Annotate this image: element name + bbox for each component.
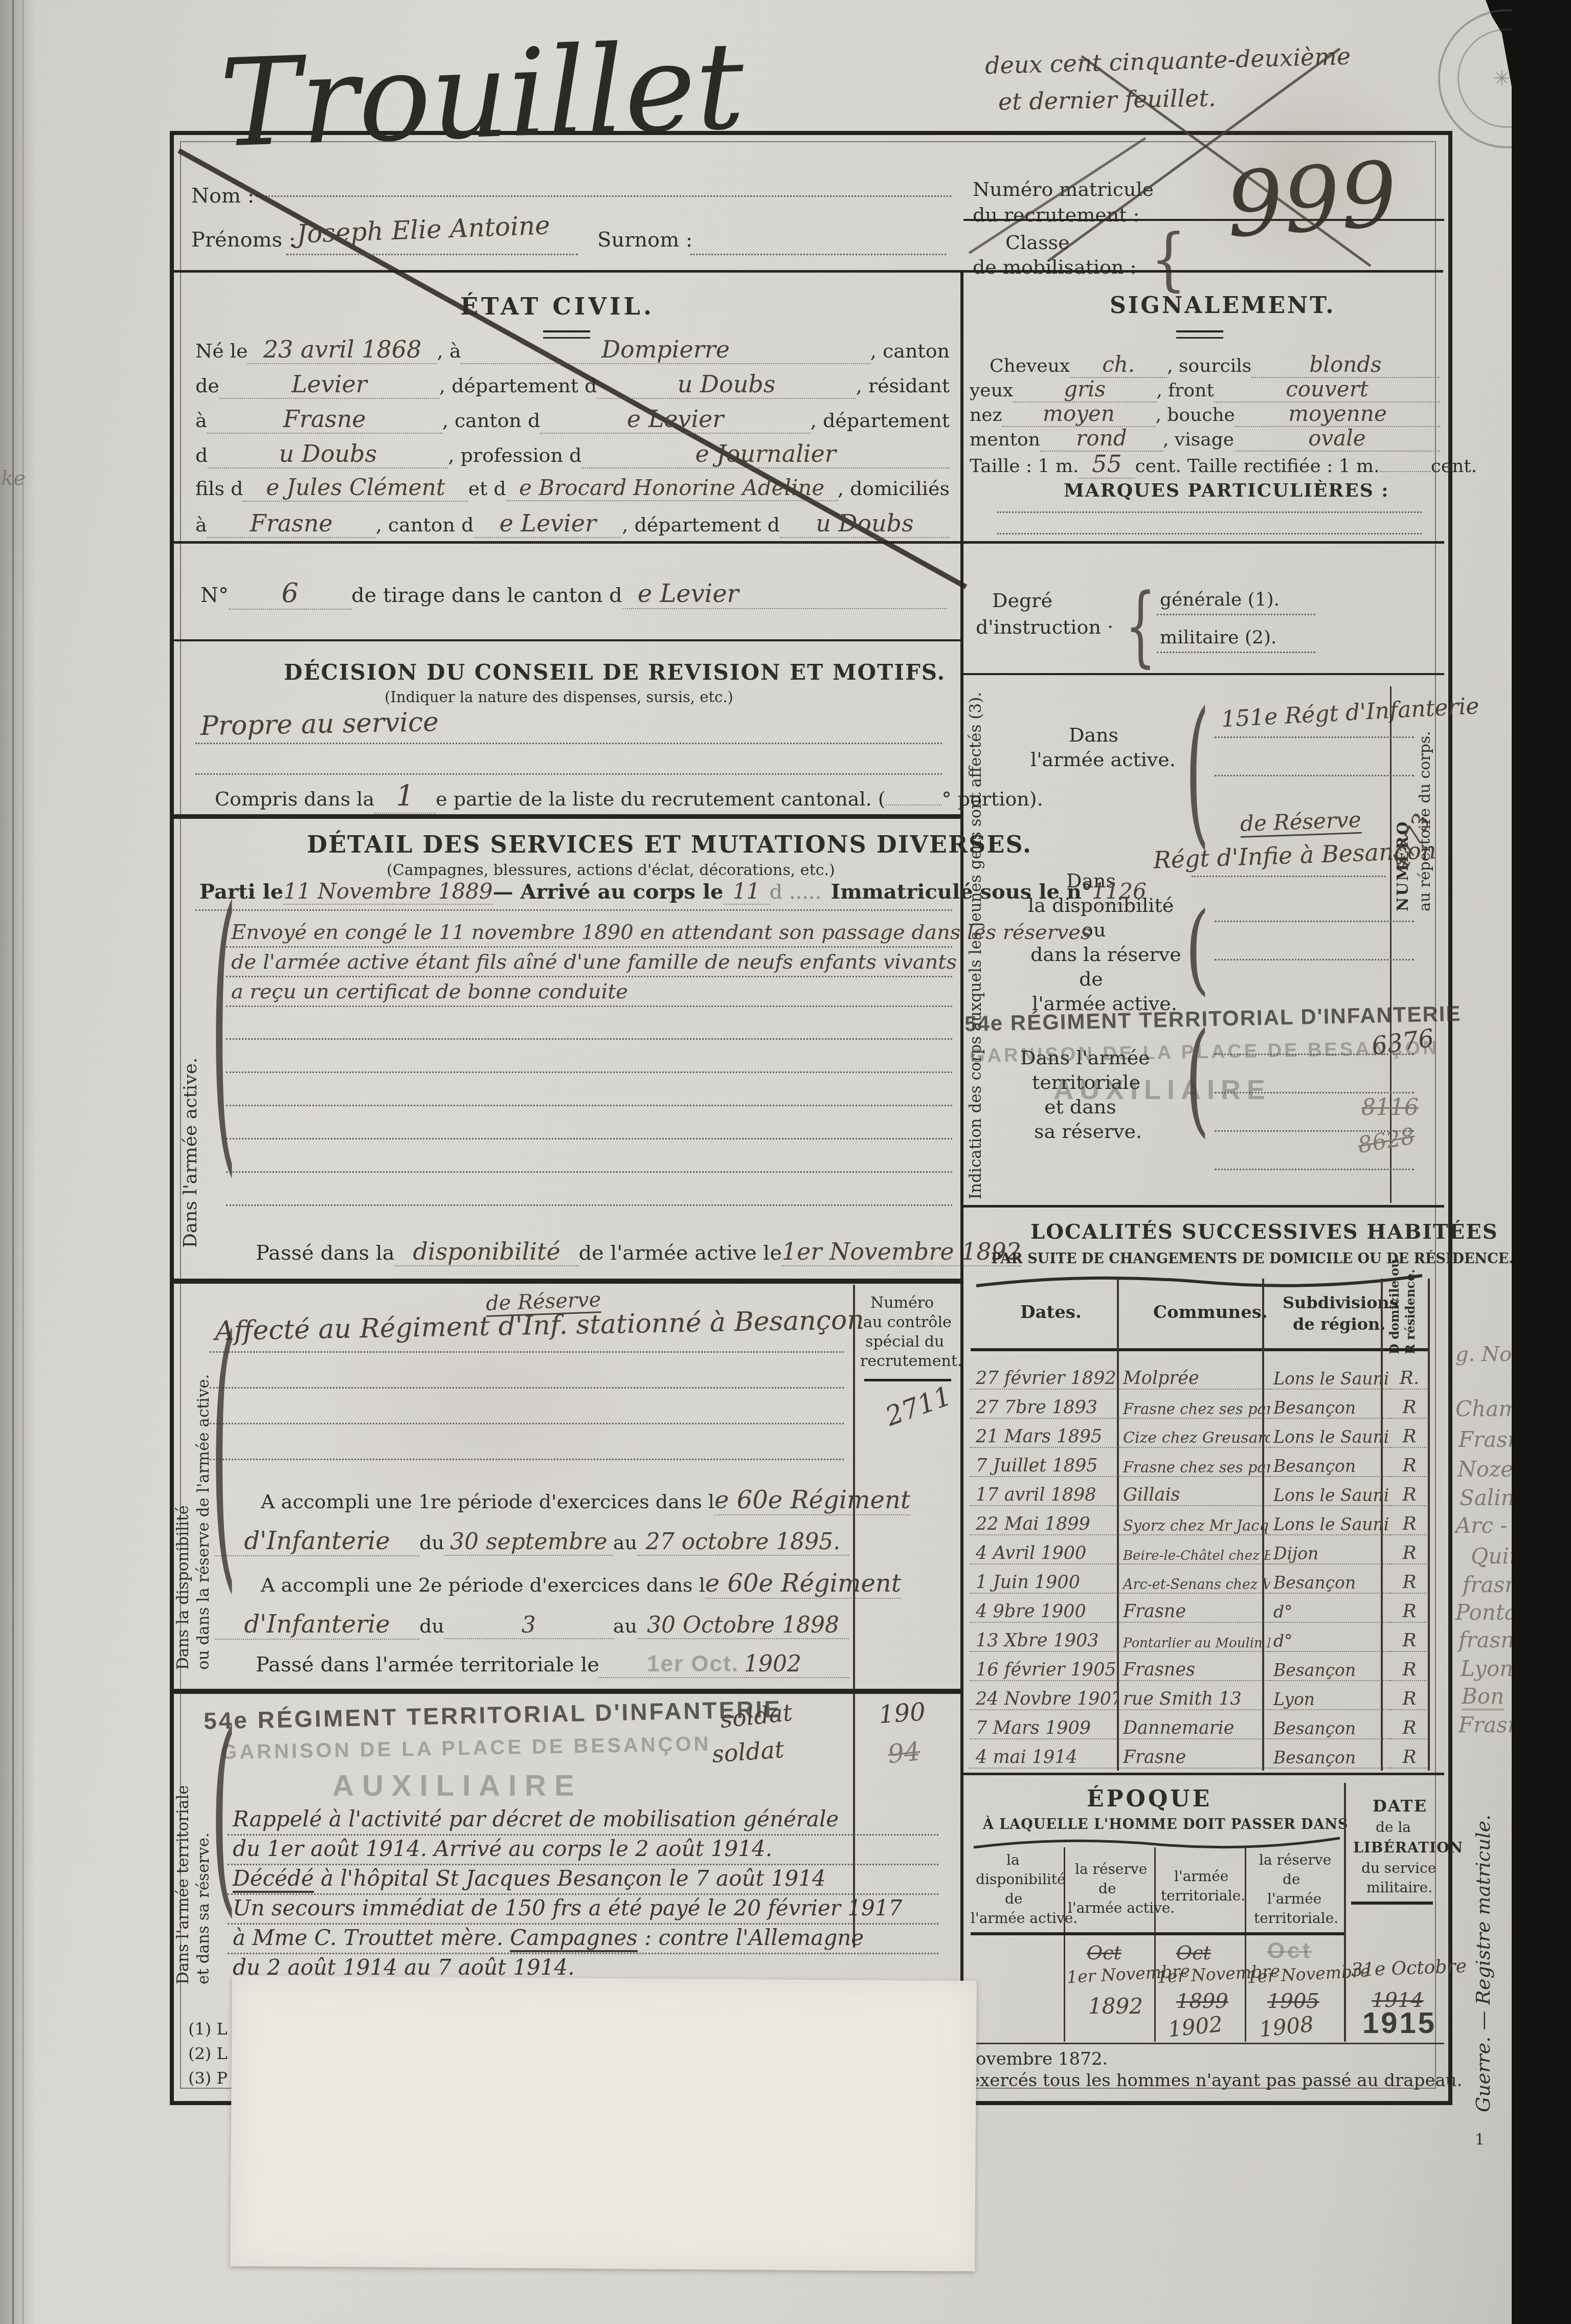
cheveux-label: Cheveux [990, 355, 1070, 376]
services-side-dispo-1: Dans la disponibilité [174, 1302, 192, 1670]
nez-value: moyen [1002, 401, 1155, 427]
epoque-col4-b: de [1283, 1871, 1300, 1888]
arrive-date-value: 11 [724, 879, 770, 905]
epoque-col1-b: disponibilité [976, 1871, 1066, 1888]
portion-blank [886, 805, 942, 806]
degre-brace-icon: { [1125, 583, 1156, 671]
departement-3-value: u Doubs [208, 440, 448, 468]
localites-row: 22 Mai 1899 Syorz chez Mr Jacquet Lons l… [970, 1506, 1430, 1535]
loc-dr: R [1390, 1572, 1429, 1594]
epoque-v3-strike: Oct [1176, 1941, 1211, 1964]
side-caption: Guerre. — Registre matricule. [1472, 1754, 1494, 2112]
conge-line-2: de l'armée active étant fils aîné d'une … [231, 950, 957, 974]
epoque-col1-a: la [1006, 1851, 1020, 1868]
mobilisation-line-5: à Mme C. Trouttet mère. Campagnes : cont… [233, 1925, 864, 1950]
taille-rectifiee-label: cent. Taille rectifiée : 1 m. [1135, 456, 1379, 477]
etat-civil-line-4: d u Doubs , profession d e Journalier [195, 440, 950, 468]
services-side-terr-2: et dans sa réserve. [194, 1708, 213, 1984]
secours-dest: à Mme C. Trouttet mère. [233, 1925, 510, 1950]
loc-date: 7 Mars 1909 [970, 1718, 1119, 1739]
repertoire-divider [1390, 686, 1392, 1203]
etat-civil-bottom-rule [173, 541, 960, 544]
terr-brace-icon: ( [211, 1706, 237, 1918]
numero-tirage-value: 6 [229, 578, 351, 610]
loc-commune: rue Smith 13 [1119, 1689, 1270, 1710]
loc-date: 16 février 1905 [970, 1660, 1119, 1681]
stamp-auxiliaire-left: AUXILIAIRE [332, 1769, 582, 1803]
binding-shadow [0, 0, 36, 2324]
localites-row: 7 Juillet 1895 Frasne chez ses parents B… [970, 1448, 1430, 1477]
degre-bottom-rule [963, 673, 1444, 675]
a-residence-label: à [195, 409, 207, 432]
localites-col-dr-2: R résidence. [1403, 1283, 1418, 1354]
loc-dr: R [1390, 1688, 1429, 1710]
repertoire-label-1: NUMÉRO [1394, 691, 1412, 911]
corps-line-4 [1215, 921, 1414, 922]
pasted-slip [230, 1976, 977, 2271]
signalement-row-2: yeux gris , front couvert [970, 376, 1440, 403]
a-domicile-label: à [195, 513, 207, 536]
epoque-col1-d: l'armée active. [971, 1910, 1078, 1927]
loc-subdiv: Besançon [1270, 1573, 1390, 1594]
services-heavy-rule-2 [173, 1689, 960, 1694]
birthplace-value: Dompierre [461, 336, 870, 364]
marques-line-1 [997, 511, 1422, 513]
epoque-col2-a: la réserve [1075, 1861, 1147, 1878]
corps-line-9 [1215, 1169, 1414, 1170]
epoque-title: ÉPOQUE [1087, 1786, 1212, 1812]
parti-row: Parti le 11 Novembre 1889 — Arrivé au co… [199, 879, 951, 905]
yeux-label: yeux [970, 380, 1013, 401]
loc-dr: R [1390, 1455, 1429, 1477]
passe-date-value: 1er Novembre 1892 [782, 1238, 1021, 1266]
loc-date: 7 Juillet 1895 [970, 1456, 1119, 1477]
bouche-value: moyenne [1235, 401, 1440, 427]
loc-commune: Frasne [1119, 1747, 1270, 1769]
footnote-1: (1) L [188, 2019, 228, 2039]
yeux-value: gris [1013, 376, 1156, 403]
loc-commune: Frasne chez ses parents [1119, 1400, 1270, 1419]
corps-line-6 [1215, 1054, 1414, 1055]
loc-dr: R [1390, 1601, 1429, 1623]
tirage-canton-value: e Levier [622, 579, 947, 609]
profession-label: , profession d [448, 444, 581, 466]
periode2-start-value: 3 [444, 1612, 613, 1639]
controle-label-1: Numéro [870, 1294, 934, 1312]
loc-subdiv: Besançon [1270, 1660, 1390, 1681]
surnom-label: Surnom : [597, 228, 692, 252]
stain [1176, 61, 1432, 276]
passe-label-2: de l'armée active le [579, 1241, 782, 1265]
localites-title: LOCALITÉS SUCCESSIVES HABITÉES [1030, 1220, 1498, 1244]
menton-label: menton [970, 429, 1040, 450]
epoque-brace-ornament-icon [972, 1835, 1342, 1849]
loc-subdiv: Besançon [1270, 1748, 1390, 1769]
localites-row: 4 9bre 1900 Frasne d° R [970, 1594, 1430, 1623]
corps-terr-label-3: et dans [1044, 1096, 1116, 1118]
localites-col-dr: D domicile ou R résidence. [1387, 1283, 1418, 1354]
de-label: de [195, 374, 219, 397]
periode1-du-label: du [419, 1531, 444, 1554]
decision-value: Propre au service [200, 707, 439, 742]
epoque-top-rule [963, 1773, 1444, 1775]
canton-value: Levier [219, 370, 439, 399]
cheveux-value: ch. [1070, 352, 1167, 378]
numero-tirage-label: N° [200, 584, 229, 607]
epoque-col3-b: territoriale. [1161, 1887, 1245, 1904]
corps-line-2 [1215, 775, 1414, 776]
loc-date: 27 7bre 1893 [970, 1397, 1119, 1419]
loc-dr: R [1390, 1397, 1429, 1419]
signalement-taille-row: Taille : 1 m. 55 cent. Taille rectifiée … [970, 450, 1440, 479]
periode2-row-b: d'Infanterie du 3 au 30 Octobre 1898 [215, 1610, 849, 1640]
marques-label: MARQUES PARTICULIÈRES : [1064, 480, 1389, 501]
footnote-fragment-1: ovembre 1872. [976, 2049, 1108, 2069]
bouche-label: , bouche [1155, 405, 1235, 426]
nom-line [256, 195, 951, 197]
d-label: d [195, 444, 208, 466]
localites-header-rule [971, 1348, 1430, 1351]
mobilisation-rule-1 [228, 1834, 938, 1836]
services-title: DÉTAIL DES SERVICES ET MUTATIONS DIVERSE… [307, 831, 1032, 858]
services-blank-3 [226, 1105, 952, 1106]
campagnes-rest: : contre l'Allemagne [638, 1925, 864, 1950]
epoque-date-rule [1351, 1902, 1433, 1905]
taille-label: Taille : 1 m. [970, 456, 1079, 477]
services-side-active: Dans l'armée active. [180, 921, 201, 1248]
conge-rule-3 [226, 1005, 952, 1007]
etat-civil-title: ÉTAT CIVIL. [460, 293, 655, 320]
degre-label-1: Degré [992, 589, 1052, 612]
periode1-end-value: 27 octobre 1895. [637, 1529, 849, 1556]
corps-terr-label-1: Dans l'armée [1020, 1046, 1150, 1069]
corps-line-7 [1215, 1092, 1414, 1093]
loc-commune: Syorz chez Mr Jacquet [1119, 1517, 1270, 1535]
departement-label: , département d [439, 374, 597, 397]
corps-line-8 [1215, 1130, 1414, 1132]
epoque-date-divider [1344, 1783, 1346, 2042]
corps-dispo-brace-icon: ( [1185, 900, 1209, 998]
scan-stage: INTENDANCE MILITAIRE ✳ deux cent cinquan… [0, 0, 1571, 2324]
localites-row: 13 Xbre 1903 Pontarlier au Moulin Maugai… [970, 1623, 1430, 1652]
nez-label: nez [970, 405, 1002, 426]
cent-label: cent. [1431, 456, 1477, 477]
margin-note: Quingey [1471, 1544, 1512, 1569]
profession-value: e Journalier [581, 440, 950, 468]
localites-col-dr-1: D domicile ou [1387, 1283, 1402, 1354]
conge-rule-2 [226, 976, 952, 977]
loc-commune: Frasnes [1119, 1660, 1270, 1681]
localites-row: 1 Juin 1900 Arc-et-Senans chez Vienney B… [970, 1565, 1430, 1594]
margin-note: Salins [1460, 1485, 1512, 1510]
loc-dr: R [1390, 1630, 1429, 1652]
loc-subdiv: Lons le Saunier [1270, 1369, 1390, 1390]
services-blank-4 [226, 1138, 952, 1139]
margin-note: Frasne [1458, 1427, 1512, 1452]
corps-dispo-label-4: dans la réserve [1030, 943, 1181, 966]
conge-line-3: a reçu un certificat de bonne conduite [231, 980, 628, 1003]
loc-date: 17 avril 1898 [970, 1485, 1119, 1506]
decision-title: DÉCISION DU CONSEIL DE REVISION ET MOTIF… [284, 660, 946, 685]
epoque-v5-main: 31e Octobre [1351, 1956, 1467, 1981]
sourcils-value: blonds [1251, 352, 1440, 378]
margin-note: Bon [1462, 1684, 1504, 1710]
periode1-regiment-value: e 60e Régiment [714, 1486, 910, 1515]
compris-value: 1 [374, 779, 436, 814]
services-side-terr: Dans l'armée territoriale et dans sa rés… [174, 1708, 213, 1984]
epoque-date-label-3: LIBÉRATION [1353, 1839, 1463, 1856]
etat-civil-line-5: fils d e Jules Clément et d e Brocard Ho… [195, 475, 950, 502]
periode2-regiment-value: e 60e Régiment [705, 1569, 901, 1599]
decision-line-1 [195, 743, 942, 744]
periode2-du-label: du [419, 1615, 444, 1637]
degre-option-1: générale (1). [1160, 589, 1280, 610]
passe-dispo-value: disponibilité [395, 1238, 579, 1266]
visage-label: , visage [1163, 429, 1234, 450]
repertoire-label-2: au répertoire du corps. [1416, 691, 1434, 911]
passe-label: Passé dans la [256, 1241, 395, 1265]
signalement-row-1: Cheveux ch. , sourcils blonds [990, 352, 1440, 378]
margin-note: frasne [1463, 1572, 1512, 1597]
controle-label-4: recrutement. [860, 1352, 962, 1370]
fils-de-label: fils d [195, 477, 243, 500]
passe-territoriale-row: Passé dans l'armée territoriale le 1er O… [256, 1651, 849, 1678]
taille-value: 55 [1079, 450, 1135, 479]
corps-line-1 [1215, 736, 1414, 738]
sourcils-label: , sourcils [1167, 355, 1251, 376]
etat-civil-line-2: de Levier , département d u Doubs , rési… [195, 370, 950, 399]
ne-le-label: Né le [195, 340, 248, 362]
margin-note: Arc - s/ Tille [1455, 1513, 1512, 1538]
localites-row: 27 février 1892 Molprée Lons le Saunier … [970, 1360, 1430, 1390]
controle-rule [864, 1379, 951, 1381]
dispo-brace-icon: ( [211, 1302, 237, 1594]
loc-dr: R [1390, 1543, 1429, 1565]
arrive-label: — Arrivé au corps le [493, 880, 724, 904]
decision-bottom-rule [173, 814, 960, 819]
mobilisation-rule-2 [228, 1864, 938, 1865]
departement-4-value: u Doubs [780, 509, 950, 538]
decision-line-2 [195, 773, 942, 775]
mobilisation-rule-3 [228, 1893, 938, 1895]
loc-subdiv: Lyon [1270, 1689, 1390, 1710]
loc-date: 1 Juin 1900 [970, 1572, 1119, 1594]
localites-row: 7 Mars 1909 Dannemarie Besançon R [970, 1710, 1430, 1739]
residence-value: Frasne [207, 405, 442, 434]
loc-commune: Cize chez Greusard [1119, 1429, 1270, 1448]
loc-date: 4 mai 1914 [970, 1747, 1119, 1769]
corps-bottom-rule [963, 1205, 1444, 1208]
epoque-date-label-1: DATE [1373, 1796, 1427, 1816]
canton-2-value: e Levier [540, 405, 811, 434]
localites-subtitle: PAR SUITE DE CHANGEMENTS DE DOMICILE OU … [991, 1251, 1512, 1267]
corps-line-3 [1192, 876, 1386, 877]
mobilisation-rule-4 [228, 1923, 938, 1925]
departement-2-label: , département [811, 409, 950, 432]
loc-date: 27 février 1892 [970, 1368, 1119, 1390]
canton-3-value: e Levier [474, 509, 622, 538]
epoque-v4-year-old: 1905 [1267, 1990, 1319, 2013]
epoque-vline-2 [1154, 1847, 1156, 2042]
corps-terr-label-4: sa réserve. [1034, 1120, 1142, 1143]
canton-2-label: , canton d [442, 409, 541, 432]
passe-terr-value-wrap: 1er Oct. 1902 [599, 1651, 849, 1678]
loc-dr: R [1390, 1484, 1429, 1506]
passe-terr-year: 1902 [744, 1651, 801, 1677]
canton-3-label: , canton d [376, 513, 474, 536]
etat-civil-line-1: Né le 23 avril 1868 , à Dompierre , cant… [195, 336, 950, 364]
loc-dr: R [1390, 1717, 1429, 1739]
periode1-au-label: au [613, 1531, 637, 1554]
services-subtitle: (Campagnes, blessures, actions d'éclat, … [387, 861, 835, 879]
margin-note: frasne . [1458, 1627, 1512, 1652]
portion-label: ° portion). [942, 788, 1043, 810]
etat-civil-line-3: à Frasne , canton d e Levier , départeme… [195, 405, 950, 434]
services-side-dispo-2: ou dans la réserve de l'armée active. [194, 1302, 213, 1670]
loc-dr: R [1390, 1426, 1429, 1448]
localites-row: 27 7bre 1893 Frasne chez ses parents Bes… [970, 1390, 1430, 1419]
epoque-v2-year: 1892 [1088, 1994, 1143, 2019]
loc-subdiv: d° [1270, 1631, 1390, 1652]
margin-scribble: ke [1, 466, 26, 490]
epoque-col4-a: la réserve [1259, 1851, 1331, 1868]
scanned-page: INTENDANCE MILITAIRE ✳ deux cent cinquan… [0, 0, 1512, 2324]
marques-line-2 [997, 533, 1422, 534]
father-name-value: e Jules Clément [243, 475, 468, 502]
localites-col-subdiv-2: de région. [1293, 1314, 1385, 1334]
departement-4-label: , département d [622, 513, 780, 536]
mobilisation-line-4: Un secours immédiat de 150 frs a été pay… [233, 1895, 902, 1920]
soldat-note-2: soldat [711, 1735, 785, 1768]
campagnes-word: Campagnes [510, 1925, 637, 1952]
controle-divider [853, 1285, 855, 1948]
nom-signature: Trouillet [218, 15, 747, 174]
services-blank-6 [226, 1204, 952, 1206]
localites-row: 16 février 1905 Frasnes Besançon R [970, 1652, 1430, 1681]
parti-line [195, 909, 952, 911]
loc-subdiv: Lons le Saunier [1270, 1427, 1390, 1448]
loc-commune: Frasne chez ses parents [1119, 1459, 1270, 1477]
parti-smudge: d ..... [770, 880, 822, 904]
epoque-col3-a: l'armée [1174, 1868, 1228, 1885]
localites-row: 24 Novbre 1907 rue Smith 13 Lyon R [970, 1681, 1430, 1710]
epoque-header-rule [971, 1932, 1344, 1935]
epoque-vline-3 [1245, 1847, 1246, 2042]
corps-terr-label-2: territoriale [1032, 1071, 1140, 1093]
services-blank-2 [226, 1071, 952, 1073]
epoque-v2-strike: Oct [1087, 1941, 1121, 1964]
passe-dispo-row: Passé dans la disponibilité de l'armée a… [256, 1238, 956, 1266]
mobilisation-line-1: Rappelé à l'activité par décret de mobil… [233, 1806, 839, 1831]
intendance-stamp-star-icon: ✳ [1493, 66, 1511, 91]
controle-num-94: 94 [886, 1736, 922, 1769]
loc-subdiv: Lons le Saunier [1270, 1485, 1390, 1506]
prenoms-line [286, 254, 578, 255]
localites-col-communes: Communes. [1153, 1302, 1268, 1323]
compris-label: Compris dans la [215, 788, 374, 810]
epoque-date-label-4: du service [1361, 1860, 1436, 1876]
margin-note: Frasne — [1458, 1712, 1512, 1737]
mobilisation-line-2: du 1er août 1914. Arrivé au corps le 2 a… [233, 1836, 772, 1861]
tirage-bottom-rule [173, 639, 960, 641]
loc-commune: Dannemarie [1119, 1718, 1270, 1739]
repertoire-label: NUMÉRO au répertoire du corps. [1394, 691, 1434, 911]
epoque-col2-c: l'armée active. [1068, 1900, 1175, 1916]
birthdate-value: 23 avril 1868 [248, 336, 437, 364]
degre-label-2: d'instruction · [976, 616, 1113, 638]
corps-dispo-value-top: de Réserve [1240, 807, 1361, 838]
front-value: couvert [1214, 376, 1440, 403]
decision-subtitle: (Indiquer la nature des dispenses, sursi… [385, 688, 733, 706]
residant-label: , résidant [856, 374, 950, 397]
prenoms-label: Prénoms : [191, 228, 296, 252]
degre-option-2: militaire (2). [1160, 627, 1277, 648]
classe-label-2: de mobilisation : [973, 256, 1136, 278]
epoque-col4-c: l'armée [1267, 1890, 1321, 1907]
margin-note: Champagnole [1455, 1396, 1512, 1421]
active-brace-icon: ( [211, 872, 237, 1178]
periode2-label: A accompli une 2e période d'exercices da… [261, 1574, 705, 1596]
loc-subdiv: Besançon [1270, 1718, 1390, 1739]
services-blank-1 [226, 1038, 952, 1040]
loc-subdiv: Lons le Saunier [1270, 1514, 1390, 1535]
mobilisation-rule-5 [228, 1953, 938, 1954]
corps-dispo-label-5: de [1079, 968, 1103, 990]
epoque-col1-c: de [1005, 1890, 1023, 1907]
degre-line-1 [1157, 614, 1315, 615]
controle-label-3: spécial du [865, 1333, 944, 1351]
passe-terr-label: Passé dans l'armée territoriale le [256, 1653, 599, 1677]
margin-note: Pontarlier - [1455, 1600, 1512, 1625]
loc-dr: R [1390, 1659, 1429, 1681]
margin-note: g. Nozeroy . [1455, 1343, 1512, 1366]
signalement-row-3: nez moyen , bouche moyenne [970, 401, 1440, 427]
localites-col-dates: Dates. [1020, 1302, 1082, 1323]
epoque-v4-strike: Oct [1267, 1938, 1312, 1964]
corps-line-5 [1215, 959, 1414, 960]
domicile-value: Frasne [207, 509, 376, 538]
taille-rectifiee-blank [1380, 471, 1431, 472]
passe-terr-stamp-date: 1er Oct. [647, 1651, 739, 1677]
corps-active-label-1: Dans [1069, 724, 1118, 746]
loc-commune: Molprée [1119, 1368, 1270, 1390]
decede-word: Décédé [233, 1866, 314, 1893]
loc-commune: Frasne [1119, 1601, 1270, 1623]
loc-date: 24 Novbre 1907 [970, 1689, 1119, 1710]
epoque-date-label-5: militaire. [1366, 1879, 1432, 1896]
corps-active-label-2: l'armée active. [1030, 748, 1176, 771]
conge-rule-1 [226, 946, 952, 948]
periode2-infanterie-value: d'Infanterie [215, 1610, 419, 1640]
etat-civil-line-6: à Frasne , canton d e Levier , départeme… [195, 509, 950, 538]
loc-commune: Gillais [1119, 1485, 1270, 1506]
parti-date-value: 11 Novembre 1889 [283, 879, 492, 905]
compris-row: Compris dans la 1 e partie de la liste d… [215, 779, 941, 814]
footnote-fragment-2: exercés tous les hommes n'ayant pas pass… [970, 2070, 1463, 2091]
localites-brace-ornament-icon [974, 1271, 1424, 1288]
loc-dr: R [1390, 1513, 1429, 1535]
conge-line-1: Envoyé en congé le 11 novembre 1890 en a… [231, 921, 1091, 944]
signalement-rule [1176, 330, 1223, 339]
epoque-bottom-rule [967, 2043, 1444, 2044]
periode2-end-value: 30 Octobre 1898 [637, 1612, 849, 1639]
compris-label-2: e partie de la liste du recrutement cant… [436, 788, 886, 810]
loc-subdiv: d° [1270, 1602, 1390, 1623]
a-label: , à [437, 340, 461, 362]
corps-active-brace-icon: ( [1185, 693, 1209, 853]
epoque-v5-year-stamp: 1915 [1362, 2006, 1437, 2040]
epoque-v3-year-old: 1899 [1176, 1990, 1228, 2013]
